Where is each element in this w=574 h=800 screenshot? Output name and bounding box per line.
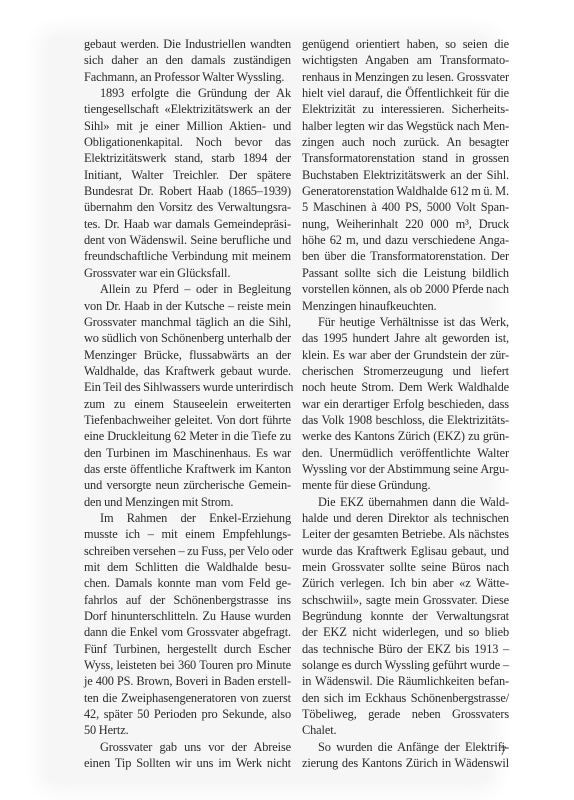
text-line: wurde das Kraftwerk Eglisau gebaut, und <box>302 543 509 559</box>
text-line: Dorf hinunterschlitteln. Zu Hause wurden <box>84 608 291 624</box>
text-line: war ein derartiger Erfolg beschieden, da… <box>302 396 509 412</box>
text-line: Menzingen hinaufkeuchten. <box>302 298 509 314</box>
text-line: dent von Wädenswil. Seine berufliche und <box>84 232 291 248</box>
text-line: freundschaftliche Verbindung mit meinem <box>84 248 291 264</box>
text-line: Begründung konnte der Verwaltungsrat <box>302 608 509 624</box>
text-line: ben über die Transformatorenstation. Der <box>302 248 509 264</box>
text-line: Wyssling vor der Abstimmung seine Argu- <box>302 461 509 477</box>
text-line: Grossvater gab uns vor der Abreise <box>84 739 291 755</box>
text-line: Im Rahmen der Enkel-Erziehung <box>84 510 291 526</box>
text-column-left: gebaut werden. Die Industriellen wandten… <box>84 36 291 771</box>
text-line: Waldhalde, das Kraftwerk gebaut wurde. <box>84 363 291 379</box>
text-line: Zürich verlegen. Ich bin aber «z Wätte- <box>302 575 509 591</box>
text-line: Obligationenkapital. Noch bevor das <box>84 134 291 150</box>
text-line: Ein Teil des Sihlwassers wurde unterirdi… <box>84 379 291 395</box>
text-line: je 400 PS. Brown, Boveri in Baden erstel… <box>84 673 291 689</box>
text-line: mente für diese Gründung. <box>302 477 509 493</box>
text-line: 5 Maschinen à 400 PS, 5000 Volt Span- <box>302 199 509 215</box>
text-line: mein Grossvater sollte seine Büros nach <box>302 559 509 575</box>
text-line: Allein zu Pferd – oder in Begleitung <box>84 281 291 297</box>
text-line: Transformatorenstation stand in grossen <box>302 150 509 166</box>
text-line: 42, später 50 Perioden pro Sekunde, also <box>84 706 291 722</box>
text-line: halber legten wir das Wegstück nach Men- <box>302 118 509 134</box>
text-line: genügend orientiert haben, so seien die <box>302 36 509 52</box>
text-line: Fachmann, an Professor Walter Wyssling. <box>84 69 291 85</box>
text-line: Buchstaben Elektrizitätswerk an der Sihl… <box>302 167 509 183</box>
text-line: 1893 erfolgte die Gründung der Ak <box>84 85 291 101</box>
text-line: fahrlos auf der Schönenbergstrasse ins <box>84 592 291 608</box>
text-line: den sich im Eckhaus Schönenbergstrasse/ <box>302 690 509 706</box>
page-number: 7 <box>500 744 506 759</box>
text-line: Sihl» mit je einer Million Aktien- und <box>84 118 291 134</box>
text-line: cherischen Stromerzeugung und liefert <box>302 363 509 379</box>
text-line: renhaus in Menzingen zu lesen. Grossvate… <box>302 69 509 85</box>
text-line: musste ich – mit einem Empfehlungs- <box>84 526 291 542</box>
text-line: Elektrizität zu interessieren. Sicherhei… <box>302 101 509 117</box>
text-line: wichtigsten Angaben am Transformato- <box>302 52 509 68</box>
text-line: in Wädenswil. Die Räumlichkeiten befan- <box>302 673 509 689</box>
text-line: Wyss, leisteten bei 360 Touren pro Minut… <box>84 657 291 673</box>
text-line: halde und deren Direktor als technischen <box>302 510 509 526</box>
text-line: den Turbinen im Maschinenhaus. Es war <box>84 445 291 461</box>
text-line: Passant sollte sich die Leistung bildlic… <box>302 265 509 281</box>
text-line: chen. Damals konnte man vom Feld ge- <box>84 575 291 591</box>
text-line: werke des Kantons Zürich (EKZ) zu grün- <box>302 428 509 444</box>
text-line: mit dem Schlitten die Waldhalde besu- <box>84 559 291 575</box>
text-line: dann die Enkel vom Grossvater abgefragt. <box>84 624 291 640</box>
text-line: Grossvater war ein Glücksfall. <box>84 265 291 281</box>
text-line: das technische Büro der EKZ bis 1913 – <box>302 641 509 657</box>
text-line: Die EKZ übernahmen dann die Wald- <box>302 494 509 510</box>
text-line: das 1995 hundert Jahre alt geworden ist, <box>302 330 509 346</box>
text-column-right: genügend orientiert haben, so seien diew… <box>302 36 509 771</box>
text-line: Fünf Turbinen, hergestellt durch Escher <box>84 641 291 657</box>
text-line: So wurden die Anfänge der Elektrifi- <box>302 739 509 755</box>
text-line: Chalet. <box>302 722 509 738</box>
text-line: solange es durch Wyssling geführt wurde … <box>302 657 509 673</box>
text-line: schreiben versehen – zu Fuss, per Velo o… <box>84 543 291 559</box>
text-line: der EKZ nicht widerlegen, und so blieb <box>302 624 509 640</box>
text-line: Grossvater manchmal täglich an die Sihl, <box>84 314 291 330</box>
text-line: tiengesellschaft «Elektrizitätswerk an d… <box>84 101 291 117</box>
text-line: den. Unermüdlich veröffentlichte Walter <box>302 445 509 461</box>
text-line: und versorgte neun zürcherische Gemein- <box>84 477 291 493</box>
text-line: noch heute Strom. Dem Werk Waldhalde <box>302 379 509 395</box>
text-line: Leiter der gesamten Betriebe. Als nächst… <box>302 526 509 542</box>
text-line: eine Druckleitung 62 Meter in die Tiefe … <box>84 428 291 444</box>
text-line: Elektrizitätswerk stand, starb 1894 der <box>84 150 291 166</box>
text-line: einen Tip Sollten wir uns im Werk nicht <box>84 755 291 771</box>
text-line: klein. Es war aber der Grundstein der zü… <box>302 347 509 363</box>
text-line: vorstellen können, als ob 2000 Pferde na… <box>302 281 509 297</box>
text-line: zum zu einem Stauseelein erweiterten <box>84 396 291 412</box>
text-line: sich daher an den damals zuständigen <box>84 52 291 68</box>
text-line: Tiefenbachweiher geleitet. Von dort führ… <box>84 412 291 428</box>
text-line: zierung des Kantons Zürich in Wädenswil <box>302 755 509 771</box>
text-line: Generatorenstation Waldhalde 612 m ü. M. <box>302 183 509 199</box>
text-line: Bundesrat Dr. Robert Haab (1865–1939) <box>84 183 291 199</box>
text-line: das Volk 1908 beschloss, die Elektrizitä… <box>302 412 509 428</box>
text-line: 50 Hertz. <box>84 722 291 738</box>
text-line: Initiant, Walter Treichler. Der spätere <box>84 167 291 183</box>
text-line: tes. Dr. Haab war damals Gemeindepräsi- <box>84 216 291 232</box>
text-line: ten die Zweiphasengeneratoren von zuerst <box>84 690 291 706</box>
text-line: das erste öffentliche Kraftwerk im Kanto… <box>84 461 291 477</box>
text-line: Für heutige Verhältnisse ist das Werk, <box>302 314 509 330</box>
text-line: übernahm den Vorsitz des Verwaltungsra- <box>84 199 291 215</box>
text-line: den und Menzingen mit Strom. <box>84 494 291 510</box>
text-line: gebaut werden. Die Industriellen wandten <box>84 36 291 52</box>
text-line: wo südlich von Schönenberg unterhalb der <box>84 330 291 346</box>
text-line: höhe 62 m, und dazu verschiedene Anga- <box>302 232 509 248</box>
text-line: schschwiil», sagte mein Grossvater. Dies… <box>302 592 509 608</box>
text-line: von Dr. Haab in der Kutsche – reiste mei… <box>84 298 291 314</box>
text-line: Töbeliweg, gerade neben Grossvaters <box>302 706 509 722</box>
text-line: nung, Weiherinhalt 220 000 m³, Druck <box>302 216 509 232</box>
text-line: zingen auch noch zurück. An besagter <box>302 134 509 150</box>
text-line: Menzinger Brücke, flussabwärts an der <box>84 347 291 363</box>
text-line: hielt viel darauf, die Öffentlichkeit fü… <box>302 85 509 101</box>
